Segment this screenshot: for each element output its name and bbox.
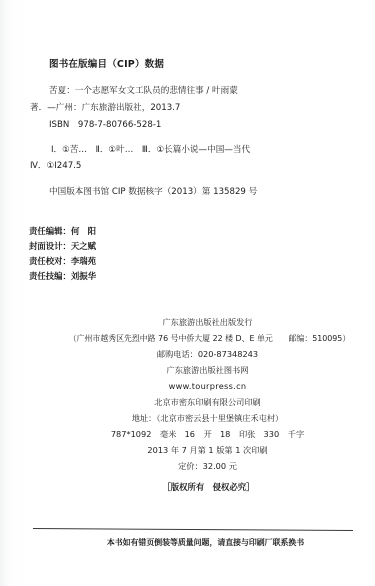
- credit-proofreader: 责任校对：李瑞苑: [29, 254, 96, 269]
- mail-order-phone: 邮购电话：020-87348243: [20, 349, 375, 360]
- price: 定价：32.00 元: [20, 461, 375, 472]
- website-url: www.tourpress.cn: [20, 381, 375, 391]
- credit-value: 刘振华: [71, 271, 96, 281]
- copyright-notice: ［版权所有 侵权必究］: [21, 481, 375, 493]
- footer-divider: [33, 528, 353, 531]
- credit-label: 责任编辑：: [29, 224, 71, 239]
- publisher-line: 广东旅游出版社出版发行: [20, 317, 375, 328]
- printer-address: 地址：（北京市密云县十里堡镇庄禾屯村）: [20, 413, 375, 424]
- cip-heading: 图书在版编目（CIP）数据: [49, 56, 164, 70]
- cip-publisher-line: 著．—广州：广东旅游出版社，2013.7: [30, 101, 180, 113]
- publisher-address: （广州市越秀区先烈中路 76 号中侨大厦 22 楼 D、E 单元 邮编：5100…: [22, 333, 375, 344]
- credit-value: 李瑞苑: [71, 256, 96, 266]
- website-label: 广东旅游出版社图书网: [20, 365, 375, 376]
- cip-classification-2: Ⅳ．①Ⅰ247.5: [30, 159, 81, 171]
- credit-editor: 责任编辑：何 阳: [29, 224, 96, 239]
- cip-isbn: ISBN 978-7-80766-528-1: [49, 118, 161, 130]
- footer-note: 本书如有错页倒装等质量问题，请直接与印刷厂联系换书: [18, 537, 375, 548]
- credits-list: 责任编辑：何 阳 封面设计：天之赋 责任校对：李瑞苑 责任技编：刘振华: [29, 224, 96, 284]
- printer-line: 北京市密东印刷有限公司印刷: [20, 397, 375, 408]
- edition-info: 2013 年 7 月第 1 版第 1 次印刷: [20, 445, 375, 456]
- credit-technical-editor: 责任技编：刘振华: [29, 269, 96, 284]
- credit-cover-design: 封面设计：天之赋: [29, 239, 96, 254]
- credit-value: 天之赋: [71, 241, 96, 251]
- cip-record-number: 中国版本图书馆 CIP 数据核字（2013）第 135829 号: [49, 185, 257, 197]
- credit-label: 责任技编：: [29, 269, 71, 284]
- credit-value: 何 阳: [71, 226, 96, 236]
- cip-classification-1: Ⅰ．①苦… Ⅱ．①叶… Ⅲ．①长篇小说—中国—当代: [51, 143, 250, 155]
- book-specs: 787*1092 毫米 16 开 18 印张 330 千字: [20, 429, 375, 440]
- credit-label: 封面设计：: [29, 239, 71, 254]
- credit-label: 责任校对：: [29, 254, 71, 269]
- cip-title-line: 苦夏：一个志愿军女文工队员的悲情往事 / 叶雨蒙: [49, 84, 238, 96]
